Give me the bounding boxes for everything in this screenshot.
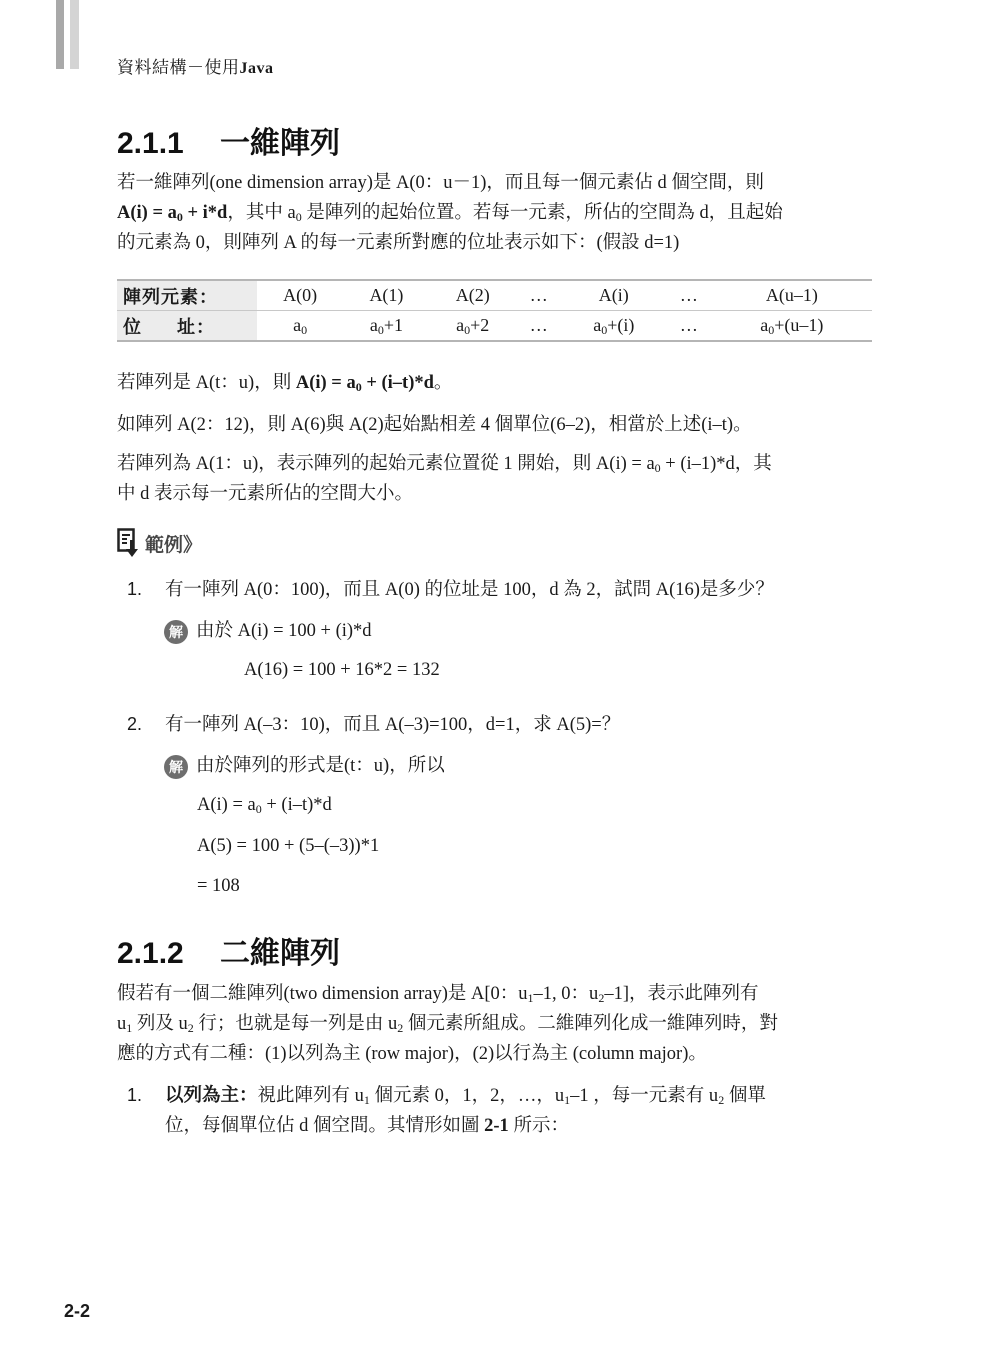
example-2-step-2: A(5) = 100 + (5–(–3))*1 <box>197 836 379 857</box>
intro-line-2b: 是陣列的起始位置。若每一元素，所佔的空間為 d，且起始 <box>302 203 783 223</box>
example-1-question: 1.有一陣列 A(0：100)，而且 A(0) 的位址是 100，d 為 2，試… <box>127 575 774 601</box>
section-title: 一維陣列 <box>220 127 340 160</box>
section-number: 2.1.2 <box>117 937 220 971</box>
example-2-question: 2.有一陣列 A(–3：10)，而且 A(–3)=100，d=1，求 A(5)=… <box>127 710 620 736</box>
section-title: 二維陣列 <box>220 937 340 970</box>
book-title-cjk: 資料結構－使用 <box>117 58 240 78</box>
examples-heading-label: 範例》 <box>145 530 202 557</box>
table-row-addresses: 位址： a0 a0+1 a0+2 … a0+(i) … a0+(u–1) <box>117 311 872 342</box>
table-cell: A(1) <box>343 280 429 311</box>
table-cell: A(2) <box>430 280 516 311</box>
formula-ai: A(i) = a0 + i*d <box>117 203 227 223</box>
section-number: 2.1.1 <box>117 127 220 161</box>
solution-badge-icon: 解 <box>164 620 188 644</box>
decorative-bar-light <box>70 0 79 69</box>
paragraph-example-offset: 如陣列 A(2：12)，則 A(6)與 A(2)起始點相差 4 個單位(6–2)… <box>117 410 752 436</box>
example-2-solution: 解由於陣列的形式是(t：u)，所以 <box>164 751 445 779</box>
figure-reference: 2-1 <box>484 1116 509 1136</box>
table-cell: A(u–1) <box>712 280 872 311</box>
row-header-address: 位址： <box>117 311 257 342</box>
table-cell: a0+(i) <box>562 311 666 342</box>
example-1-step: A(16) = 100 + 16*2 = 132 <box>244 660 440 681</box>
example-2-step-1: A(i) = a0 + (i–t)*d <box>197 795 332 816</box>
section2-intro: 假若有一個二維陣列(two dimension array)是 A[0：u1–1… <box>117 979 872 1069</box>
decorative-bar-dark <box>56 0 64 69</box>
table-cell: a0+2 <box>430 311 516 342</box>
row-major-item: 1.以列為主：視此陣列有 u1 個元素 0，1，2，…，u1–1 ，每一元素有 … <box>127 1080 872 1141</box>
solution-badge-icon: 解 <box>164 755 188 779</box>
table-cell: … <box>516 280 562 311</box>
examples-heading: 範例》 <box>117 528 202 558</box>
example-2-step-3: = 108 <box>197 876 240 897</box>
example-1-solution: 解由於 A(i) = 100 + (i)*d <box>164 616 372 644</box>
section-heading-2-1-1: 2.1.1一維陣列 <box>117 118 340 162</box>
table-cell: … <box>666 280 712 311</box>
paragraph-general-formula: 若陣列是 A(t：u)，則 A(i) = a0 + (i–t)*d。 <box>117 368 452 394</box>
running-header: 資料結構－使用Java <box>117 53 274 78</box>
book-title-latin: Java <box>240 60 274 77</box>
intro-line-3: 的元素為 0，則陣列 A 的每一元素所對應的位址表示如下：(假設 d=1) <box>117 233 679 253</box>
table-cell: A(0) <box>257 280 343 311</box>
row-major-label: 以列為主： <box>165 1085 258 1106</box>
intro-line-1: 若一維陣列(one dimension array)是 A(0：u－1)，而且每… <box>117 173 764 193</box>
table-row-elements: 陣列元素： A(0) A(1) A(2) … A(i) … A(u–1) <box>117 280 872 311</box>
paragraph-one-based: 若陣列為 A(1：u)，表示陣列的起始元素位置從 1 開始，則 A(i) = a… <box>117 449 872 509</box>
row-header-elements: 陣列元素： <box>117 280 257 311</box>
table-cell: … <box>516 311 562 342</box>
table-cell: a0 <box>257 311 343 342</box>
section-heading-2-1-2: 2.1.2二維陣列 <box>117 928 340 972</box>
table-cell: a0+(u–1) <box>712 311 872 342</box>
document-pointer-icon <box>117 528 141 558</box>
address-table: 陣列元素： A(0) A(1) A(2) … A(i) … A(u–1) 位址：… <box>117 279 872 342</box>
table-cell: A(i) <box>562 280 666 311</box>
intro-line-2a: ，其中 a <box>227 203 295 223</box>
table-cell: … <box>666 311 712 342</box>
table-cell: a0+1 <box>343 311 429 342</box>
page-number: 2-2 <box>64 1301 90 1322</box>
section1-intro: 若一維陣列(one dimension array)是 A(0：u－1)，而且每… <box>117 168 872 258</box>
